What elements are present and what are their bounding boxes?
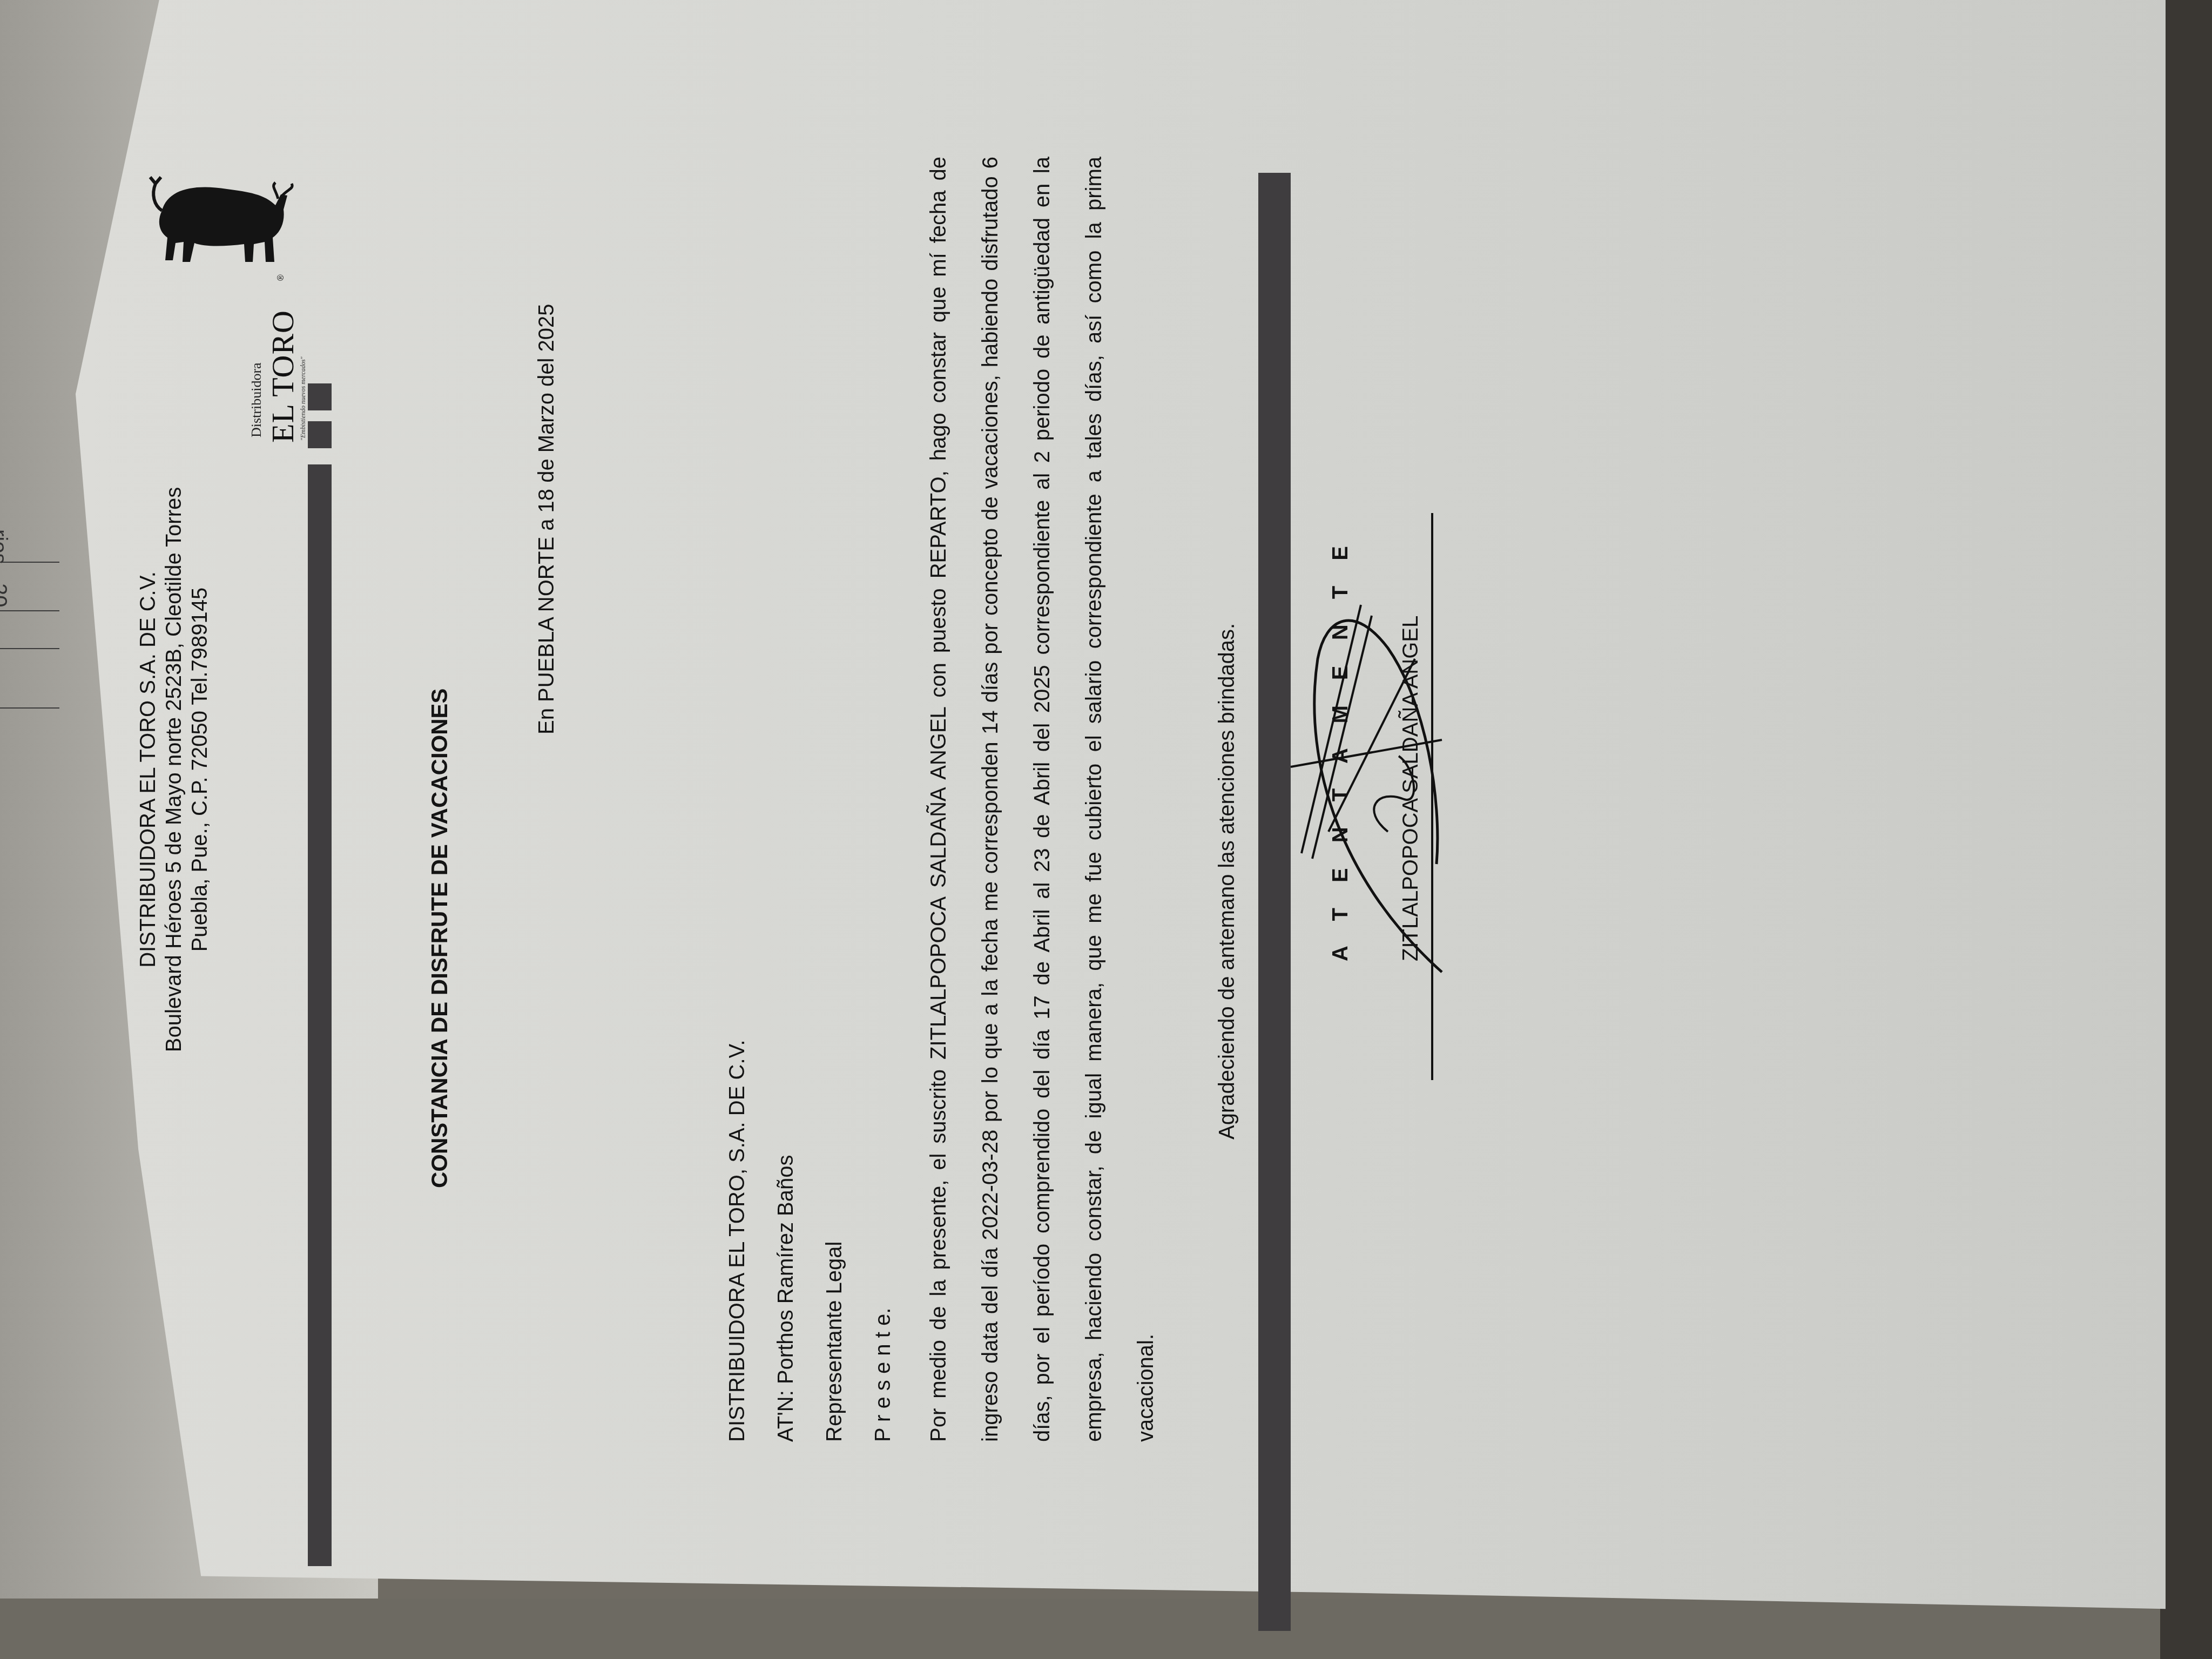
table-line: [0, 610, 59, 611]
logo-small-text: Distribuidora: [248, 362, 265, 437]
company-address-line1: Boulevard Héroes 5 de Mayo norte 2523B, …: [161, 459, 187, 1080]
body-paragraph: Por medio de la presente, el suscrito ZI…: [913, 157, 1172, 1442]
header-divider-bar: [308, 464, 332, 1566]
logo-brand: EL TORO: [265, 310, 301, 443]
bull-icon: [135, 157, 308, 308]
underlying-text: rios · 20: [0, 529, 11, 608]
letter-page: DISTRIBUIDORA EL TORO S.A. DE C.V. Boule…: [135, 0, 1323, 1566]
floor-background: [0, 1599, 2212, 1659]
document-title: CONSTANCIA DE DISFRUTE DE VACACIONES: [427, 688, 453, 1188]
company-address-line2: Puebla, Pue., C.P. 72050 Tel.7989145: [187, 459, 213, 1080]
logo-tagline: "Embistiendo nuevos mercados": [299, 356, 307, 441]
signature-line: [1431, 513, 1433, 1080]
recipient-salutation: P r e s e n t e.: [859, 1040, 907, 1442]
recipient-company: DISTRIBUIDORA EL TORO, S.A. DE C.V.: [713, 1040, 761, 1442]
header-divider-segment: [308, 383, 332, 410]
registered-mark: ®: [276, 274, 286, 281]
table-line: [0, 648, 59, 649]
company-header: DISTRIBUIDORA EL TORO S.A. DE C.V. Boule…: [135, 459, 213, 1080]
recipient-block: DISTRIBUIDORA EL TORO, S.A. DE C.V. AT'N…: [713, 1040, 907, 1442]
right-edge-shadow: [2160, 0, 2212, 1659]
handwritten-signature: [1280, 583, 1453, 994]
company-name: DISTRIBUIDORA EL TORO S.A. DE C.V.: [135, 459, 161, 1080]
signature-block: A T E N T A M E N T E ZITLALPOPOCA SALDA…: [1312, 529, 1582, 1123]
recipient-role: Representante Legal: [810, 1040, 859, 1442]
footer-edge-bar: [1258, 173, 1291, 1631]
recipient-attention: AT'N: Porthos Ramírez Baños: [761, 1040, 810, 1442]
company-logo: Distribuidora EL TORO ® "Embistiendo nue…: [135, 173, 297, 443]
place-date: En PUEBLA NORTE a 18 de Marzo del 2025: [535, 304, 559, 734]
header-divider-segment: [308, 421, 332, 448]
table-line: [0, 707, 59, 709]
signer-name: ZITLALPOPOCA SALDAÑA ANGEL: [1399, 616, 1423, 961]
closing-line: Agradeciendo de antemano las atenciones …: [1215, 623, 1239, 1139]
